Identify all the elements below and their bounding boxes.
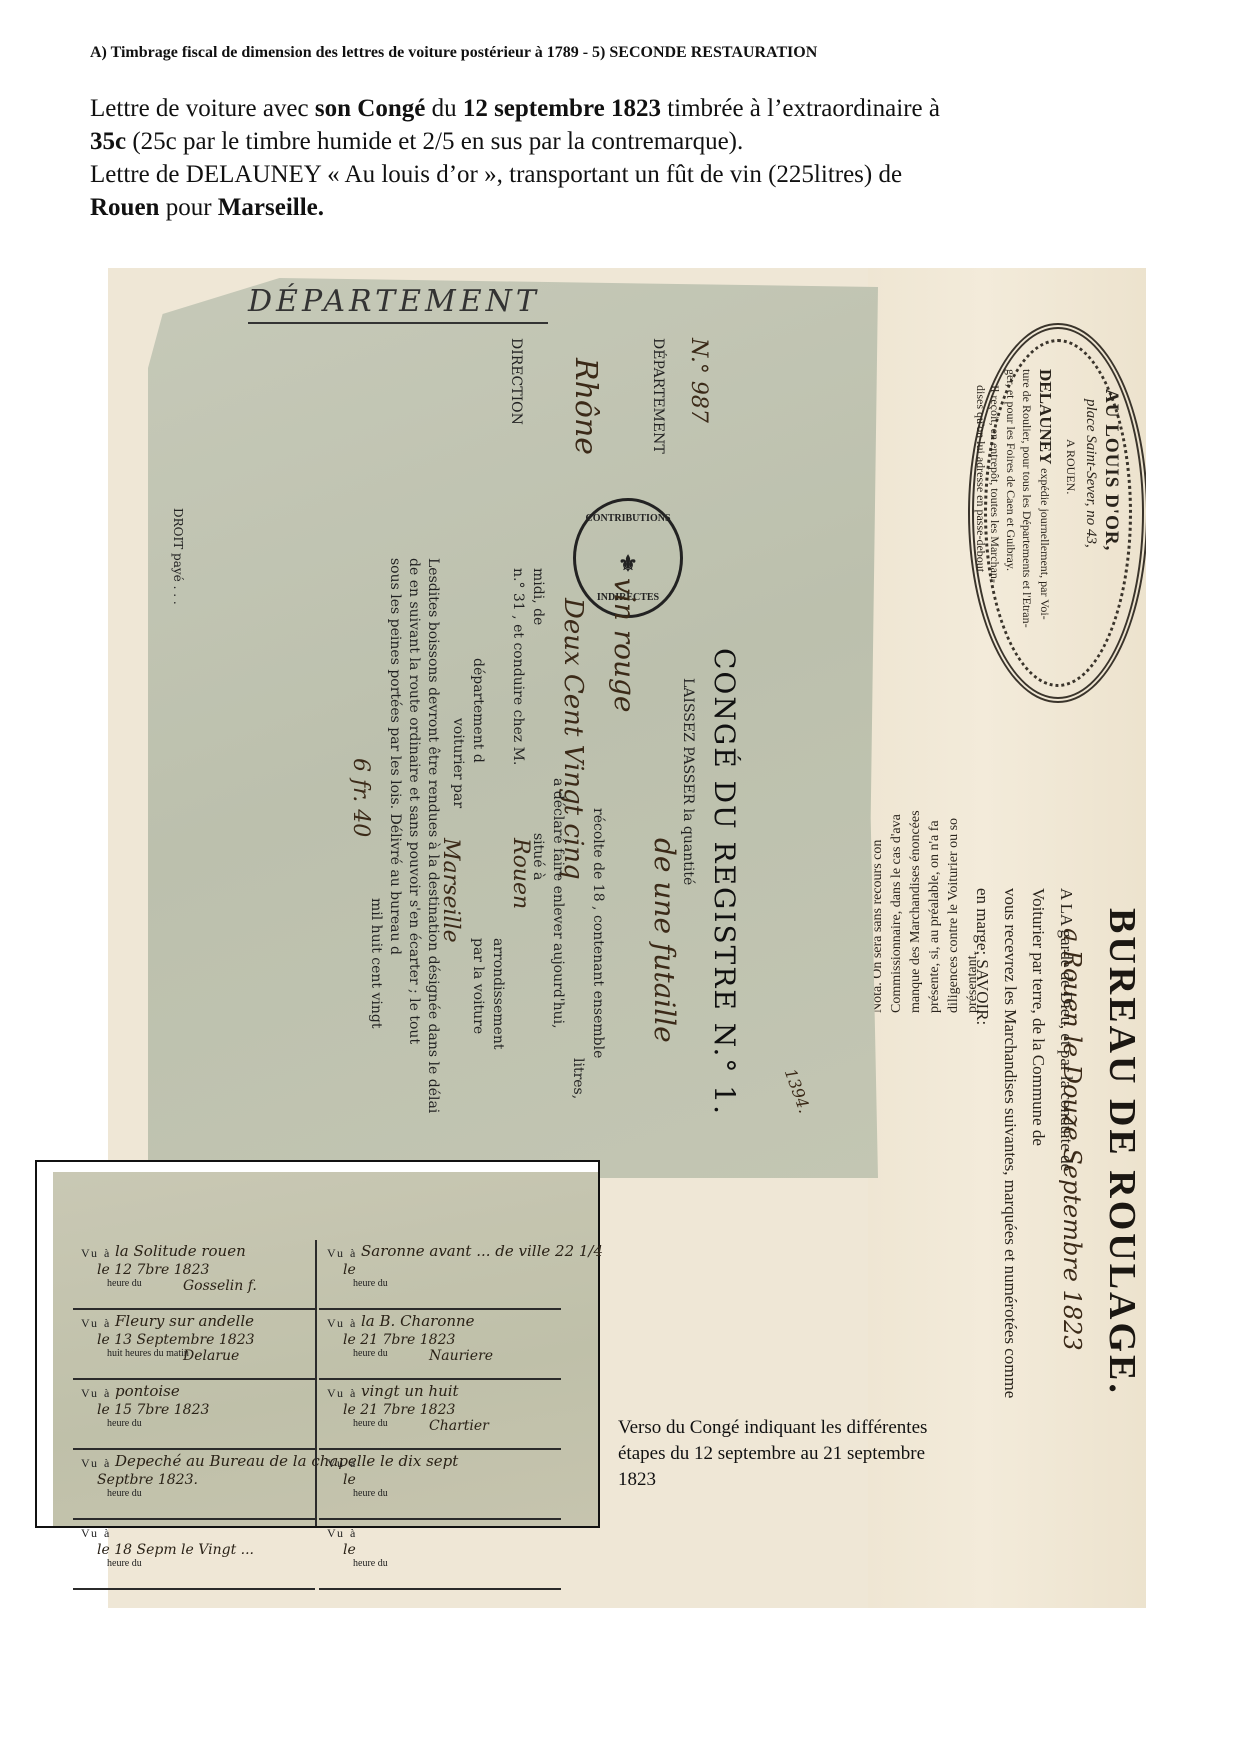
intro-du: du: [425, 95, 463, 122]
oval-line-1: expédie journellement, par Voi-: [1038, 468, 1052, 620]
oval-name: DELAUNEY: [1036, 369, 1055, 464]
body-line-4: en marge; SAVOIR:: [968, 888, 996, 1398]
intro-origin: Rouen: [90, 194, 159, 221]
inset-caption: Verso du Congé indiquant les différentes…: [618, 1415, 948, 1493]
oval-line-2: ture de Roulier, pour tous les Départeme…: [1018, 369, 1036, 628]
intro-l-lettre: Lettre de voiture avec: [90, 95, 315, 122]
fleur-de-lis-icon: ⚜: [576, 551, 680, 577]
place-handwritten: vingt un huit: [361, 1382, 459, 1400]
intro-line-4: Rouen pour Marseille.: [90, 191, 1090, 224]
verso-row: Vu àpontoisele 15 7bre 1823heure du: [73, 1380, 315, 1450]
nota-line-5: diligences contre le Voiturier ou so: [944, 713, 963, 1013]
conge-sheet: DÉPARTEMENT N.° 987 DÉPARTEMENT DIRECTIO…: [148, 278, 878, 1178]
vu-a-label: Vu à: [81, 1246, 111, 1261]
direction-label: DIRECTION: [506, 338, 526, 425]
vu-a-label: Vu à: [81, 1526, 111, 1541]
print-arrondissement: arrondissement: [488, 938, 508, 1049]
heure-label: heure du: [107, 1418, 142, 1429]
heure-label: heure du: [353, 1348, 388, 1359]
laissez-passer-label: LAISSEZ PASSER la quantité: [678, 678, 698, 885]
print-mil-huit-cent: mil huit cent vingt: [366, 898, 386, 1028]
vu-a-label: Vu à: [327, 1316, 357, 1331]
roulage-body: A LA garde de Dieu, et par la conduite d…: [968, 888, 1080, 1398]
intro-line-3: Lettre de DELAUNEY « Au louis d’or », tr…: [90, 158, 1090, 191]
intro-line-1: Lettre de voiture avec son Congé du 12 s…: [90, 92, 1090, 125]
heure-label: huit heures du matin: [107, 1348, 189, 1359]
oval-title: AU LOUIS D'OR,: [1102, 389, 1120, 551]
vu-a-label: Vu à: [327, 1456, 357, 1471]
print-voiturier: voiturier par: [448, 718, 468, 808]
hw-vin-rouge: vin rouge: [608, 578, 641, 712]
signature: Chartier: [429, 1418, 489, 1434]
print-voiture: par la voiture: [468, 938, 488, 1034]
column-divider: [315, 1240, 317, 1526]
section-heading: A) Timbrage fiscal de dimension des lett…: [90, 44, 817, 62]
date-handwritten: le: [343, 1472, 356, 1488]
vu-a-label: Vu à: [327, 1526, 357, 1541]
conge-number: N.° 987: [688, 338, 708, 423]
vu-a-label: Vu à: [81, 1456, 111, 1471]
hw-quantity: de une futaille: [648, 838, 681, 1043]
verso-column-right: Vu àSaronne avant ... de ville 22 1/4leh…: [319, 1240, 561, 1526]
heure-label: heure du: [353, 1488, 388, 1499]
date-handwritten: Septbre 1823.: [97, 1472, 198, 1488]
nota-line-4: présente, si, au préalable, on n'a fa: [925, 713, 944, 1013]
intro-conge: son Congé: [315, 95, 425, 122]
departement-label: DÉPARTEMENT: [648, 338, 668, 454]
verso-row: Vu àvingt un huitle 21 7bre 1823heure du…: [319, 1380, 561, 1450]
signature: Gosselin f.: [183, 1278, 257, 1294]
heure-label: heure du: [353, 1558, 388, 1569]
place-handwritten: pontoise: [115, 1382, 180, 1400]
place-handwritten: la Solitude rouen: [115, 1242, 246, 1260]
verso-row: Vu àleheure du: [319, 1520, 561, 1590]
intro-price-detail: (25c par le timbre humide et 2/5 en sus …: [126, 128, 743, 155]
print-departement: département d: [468, 658, 488, 763]
verso-row: Vu àla B. Charonnele 21 7bre 1823heure d…: [319, 1310, 561, 1380]
print-droit-paye: DROIT payé . . .: [168, 508, 188, 605]
print-peines: sous les peines portées par les lois. Dé…: [385, 558, 405, 955]
nota-block: Nota. On sera sans recours con Commissio…: [868, 713, 982, 1013]
hw-register-number: 1394.: [781, 1066, 815, 1116]
lettre-de-voiture-sheet: AU LOUIS D'OR, place Saint-Sever, no 43,…: [868, 268, 1146, 1608]
vu-a-label: Vu à: [81, 1386, 111, 1401]
intro-line-2: 35c (25c par le timbre humide et 2/5 en …: [90, 125, 1090, 158]
date-handwritten: le: [343, 1542, 356, 1558]
nota-line-2: Commissionnaire, dans le cas d'ava: [887, 713, 906, 1013]
stamp-top-text: CONTRIBUTIONS: [576, 513, 680, 524]
vu-a-label: Vu à: [327, 1246, 357, 1261]
verso-column-left: Vu àla Solitude rouenle 12 7bre 1823heur…: [73, 1240, 315, 1526]
verso-row: Vu àFleury sur andellele 13 Septembre 18…: [73, 1310, 315, 1380]
date-handwritten: le 12 7bre 1823: [97, 1262, 209, 1278]
print-declare: a déclaré faire enlever aujourd'hui,: [548, 778, 568, 1029]
date-handwritten: le: [343, 1262, 356, 1278]
oval-line-3: ger, et pour les Foires de Caen et Guibr…: [1002, 369, 1020, 571]
banner-text: DÉPARTEMENT: [248, 284, 540, 319]
verso-row: Vu àle 18 Sepm le Vingt ...heure du: [73, 1520, 315, 1590]
oval-line-5: dises qu'on lui adresse en passe-debout.: [972, 385, 990, 575]
print-conduire: n.° 31 , et conduire chez M.: [508, 568, 528, 765]
intro-price: 35c: [90, 128, 126, 155]
hw-rouen: Rouen: [508, 838, 533, 909]
heure-label: heure du: [353, 1278, 388, 1289]
print-recolte: récolte de 18 , contenant ensemble: [588, 808, 608, 1058]
date-handwritten: le 21 7bre 1823: [343, 1332, 455, 1348]
body-line-2: Voiturier par terre, de la Commune de: [1024, 888, 1052, 1398]
conge-title: CONGÉ DU REGISTRE N.° 1.: [708, 648, 741, 1116]
heure-label: heure du: [107, 1558, 142, 1569]
body-line-3: vous recevrez les Marchandises suivantes…: [996, 888, 1024, 1398]
date-handwritten: le 18 Sepm le Vingt ...: [97, 1542, 254, 1558]
place-handwritten: la B. Charonne: [361, 1312, 475, 1330]
heure-label: heure du: [353, 1418, 388, 1429]
verso-row: Vu àDepeché au Bureau de la chapelle le …: [73, 1450, 315, 1520]
verso-inset-frame: Vu àla Solitude rouenle 12 7bre 1823heur…: [35, 1160, 600, 1528]
verso-row: Vu àleheure du: [319, 1450, 561, 1520]
print-litres: litres,: [568, 1058, 588, 1099]
nota-line-3: manque des Marchandises énoncées: [906, 713, 925, 1013]
date-handwritten: le 13 Septembre 1823: [97, 1332, 255, 1348]
body-line-1: A LA garde de Dieu, et par la conduite d…: [1052, 888, 1080, 1398]
intro-date: 12 septembre 1823: [463, 95, 661, 122]
intro-timbree: timbrée à l’extraordinaire à: [661, 95, 940, 122]
place-handwritten: Fleury sur andelle: [115, 1312, 254, 1330]
hw-departement: Rhône: [568, 358, 603, 455]
conge-banner-header: DÉPARTEMENT: [248, 284, 548, 324]
print-midi: midi, de: [528, 568, 548, 625]
heure-label: heure du: [107, 1278, 142, 1289]
signature: Nauriere: [429, 1348, 493, 1364]
heure-label: heure du: [107, 1488, 142, 1499]
oval-city: A ROUEN.: [1062, 439, 1080, 494]
signature: Delarue: [183, 1348, 239, 1364]
place-handwritten: Saronne avant ... de ville 22 1/4: [361, 1242, 603, 1260]
verso-row: Vu àSaronne avant ... de ville 22 1/4leh…: [319, 1240, 561, 1310]
intro-pour: pour: [159, 194, 217, 221]
vu-a-label: Vu à: [327, 1386, 357, 1401]
intro-paragraph: Lettre de voiture avec son Congé du 12 s…: [90, 92, 1090, 224]
oval-address: place Saint-Sever, no 43,: [1082, 399, 1100, 548]
verso-row: Vu àla Solitude rouenle 12 7bre 1823heur…: [73, 1240, 315, 1310]
verso-paper: Vu àla Solitude rouenle 12 7bre 1823heur…: [53, 1172, 598, 1526]
bureau-de-roulage-title: BUREAU DE ROULAGE.: [1100, 908, 1144, 1396]
print-suivant: de en suivant la route ordinaire et sans…: [404, 558, 424, 1044]
vu-a-label: Vu à: [81, 1316, 111, 1331]
print-rendues: Lesdites boissons devront être rendues à…: [423, 558, 443, 1113]
delauney-oval-cartouche: AU LOUIS D'OR, place Saint-Sever, no 43,…: [968, 323, 1146, 703]
intro-destination: Marseille.: [218, 194, 324, 221]
date-handwritten: le 15 7bre 1823: [97, 1402, 209, 1418]
hw-amount: 6 fr. 40: [348, 758, 373, 837]
date-handwritten: le 21 7bre 1823: [343, 1402, 455, 1418]
